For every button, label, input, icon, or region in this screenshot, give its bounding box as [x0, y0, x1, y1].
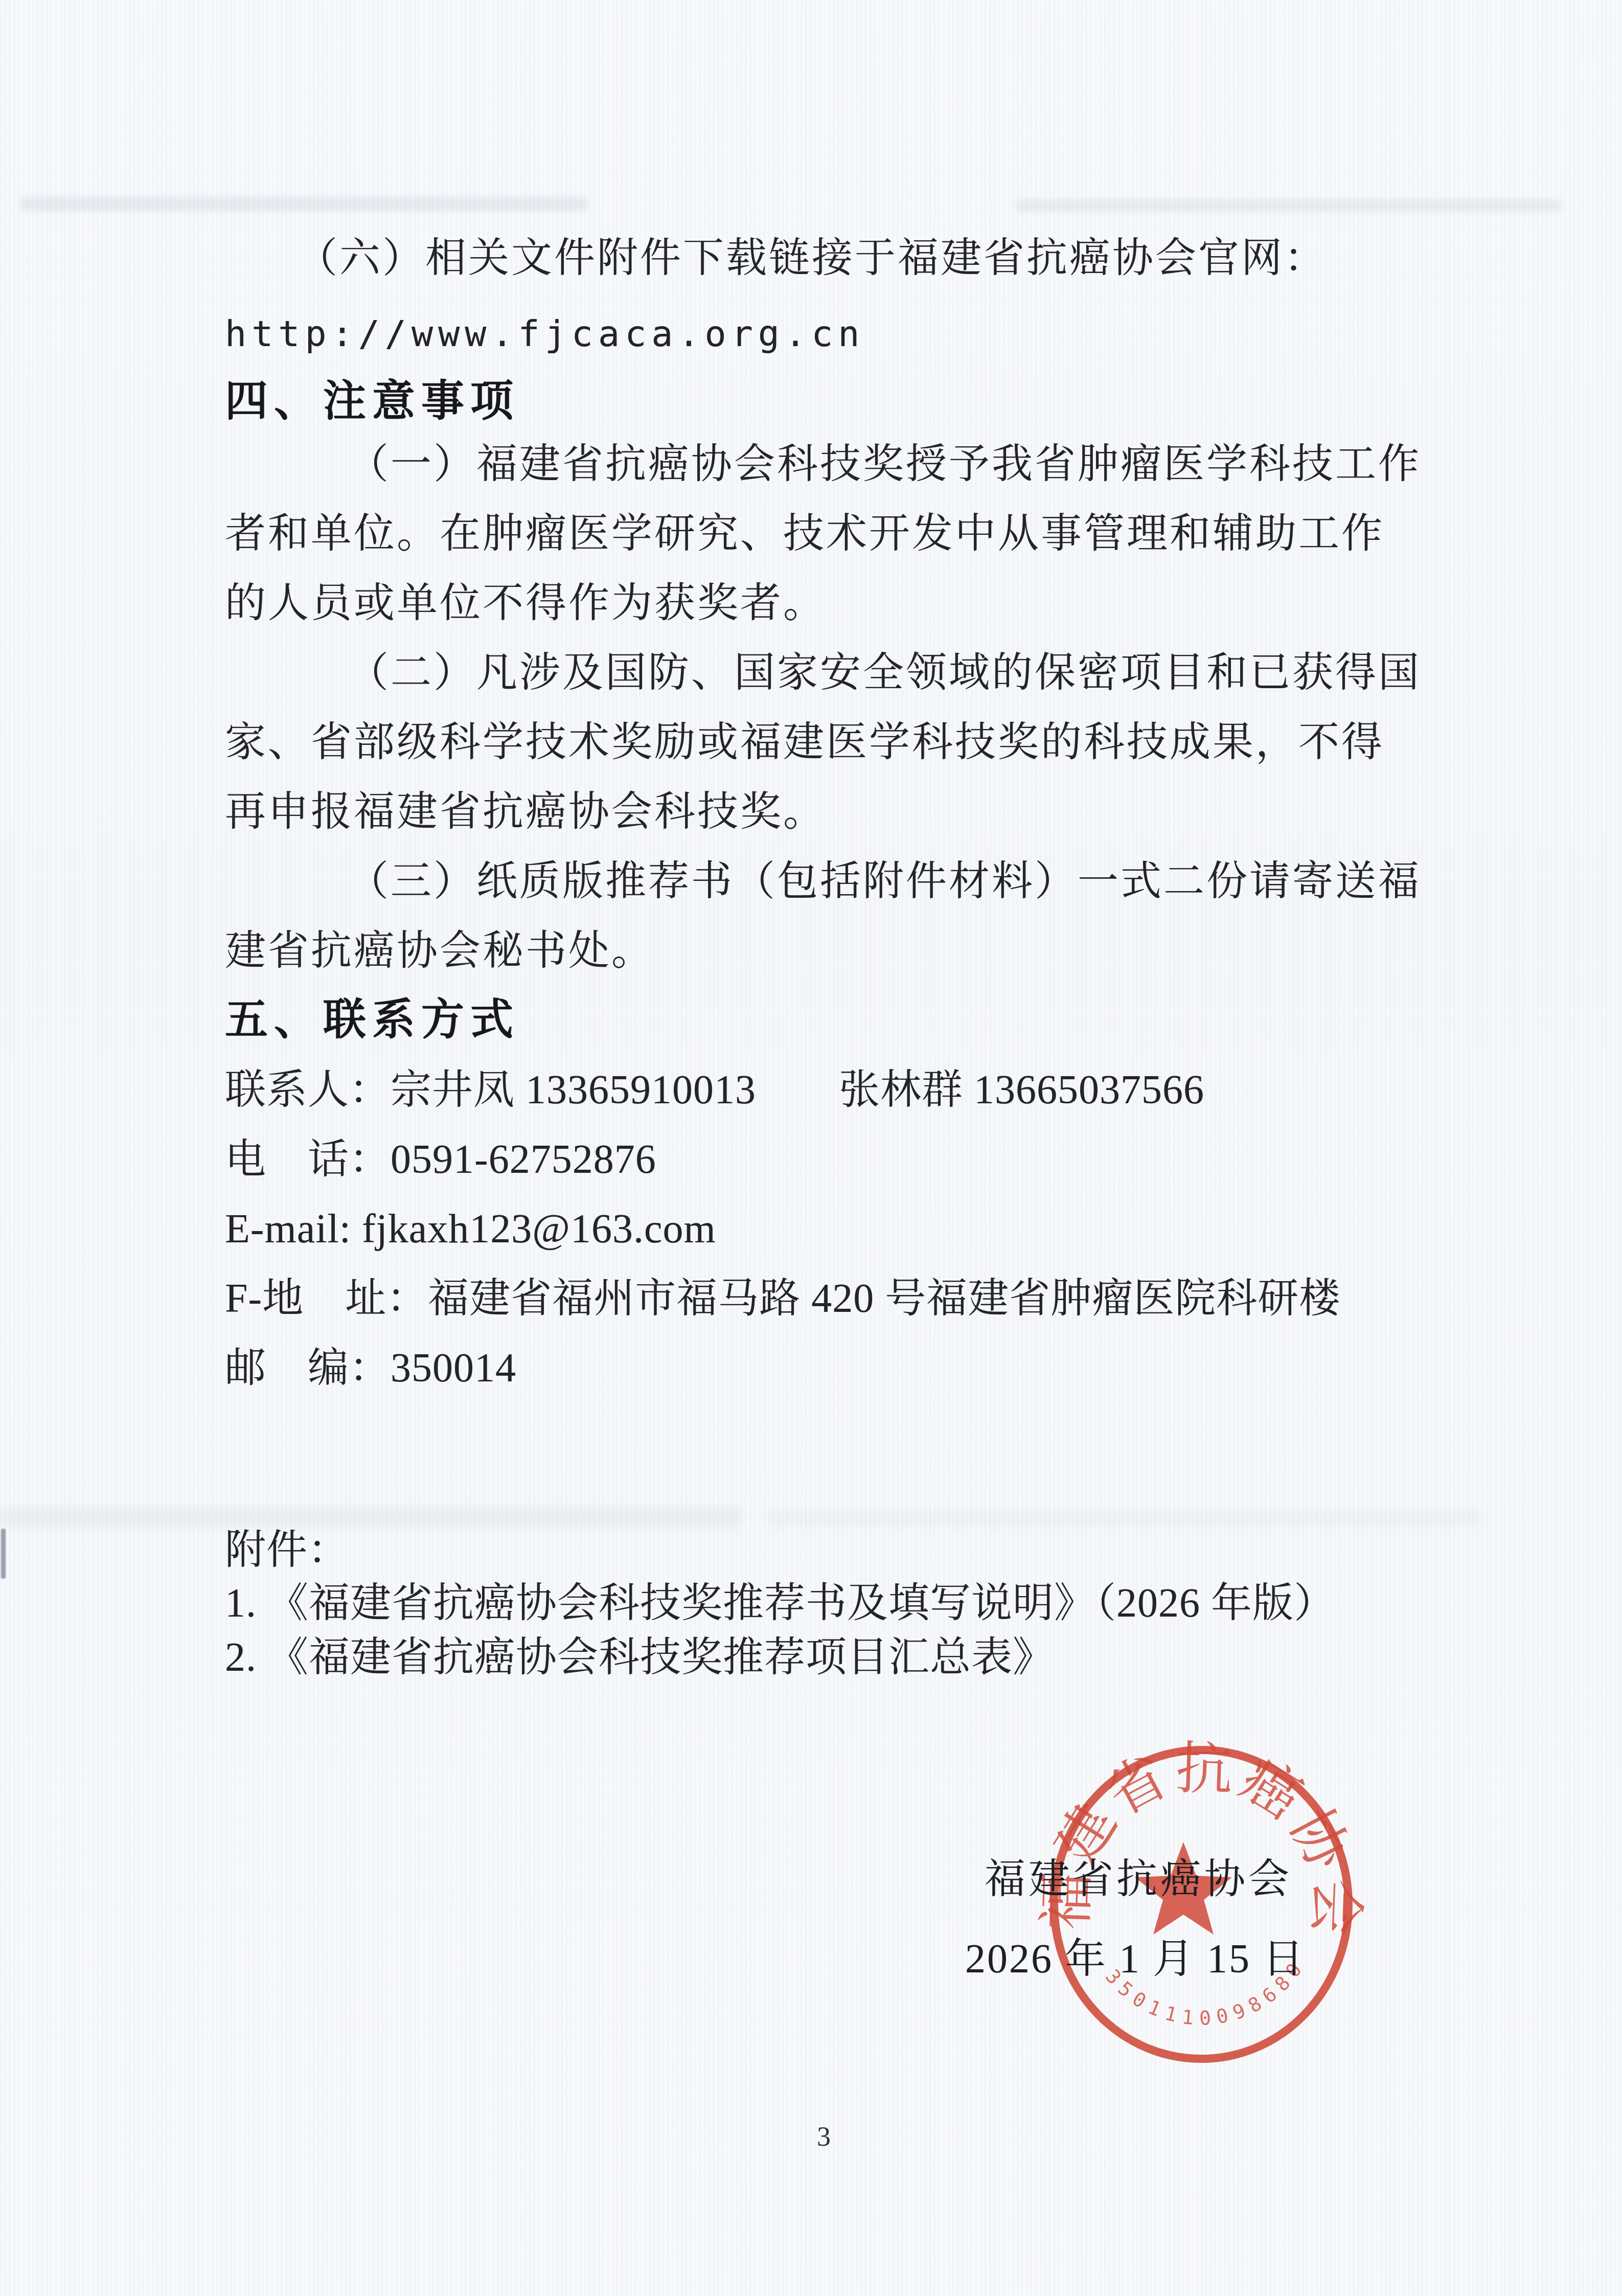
scan-edge-mark	[1, 1529, 6, 1579]
contact-phone-line: 电 话：0591-62752876	[225, 1139, 656, 1180]
body-line: 家、省部级科学技术奖励或福建医学科技奖的科技成果，不得	[225, 722, 1384, 763]
contact-person-line: 联系人：宗井凤 13365910013 张林群 13665037566	[225, 1070, 1204, 1110]
scan-artifact	[20, 197, 588, 211]
body-line: 再申报福建省抗癌协会科技奖。	[225, 791, 826, 832]
official-seal: 福建省抗癌协会 3501110098680	[1033, 1731, 1370, 2078]
attachments-label: 附件：	[225, 1530, 349, 1571]
attachment-item-1: 1. 《福建省抗癌协会科技奖推荐书及填写说明》（2026 年版）	[225, 1583, 1335, 1624]
section-heading-4: 四、注意事项	[225, 379, 519, 422]
body-line: （一）福建省抗癌协会科技奖授予我省肿瘤医学科技工作	[348, 444, 1421, 485]
body-line: （三）纸质版推荐书（包括附件材料）一式二份请寄送福	[348, 861, 1421, 902]
body-line-link-intro: （六）相关文件附件下载链接于福建省抗癌协会官网：	[296, 238, 1327, 279]
section-heading-5: 五、联系方式	[225, 998, 519, 1041]
scan-artifact	[0, 1507, 741, 1528]
scan-artifact	[767, 1511, 1482, 1527]
body-line: 的人员或单位不得作为获奖者。	[225, 583, 826, 624]
signature-date: 2026 年 1 月 15 日	[965, 1925, 1305, 1984]
scanned-document-page: （六）相关文件附件下载链接于福建省抗癌协会官网： http://www.fjca…	[0, 0, 1622, 2296]
body-line: 建省抗癌协会秘书处。	[225, 930, 654, 971]
scan-artifact	[1015, 199, 1562, 212]
signature-org: 福建省抗癌协会	[985, 1846, 1292, 1904]
contact-zip-line: 邮 编：350014	[225, 1348, 516, 1389]
contact-email-line: E-mail: fjkaxh123@163.com	[225, 1209, 716, 1249]
page-number: 3	[817, 2121, 831, 2152]
contact-address-line: F-地 址：福建省福州市福马路 420 号福建省肿瘤医院科研楼	[225, 1278, 1340, 1319]
body-line-url: http://www.fjcaca.org.cn	[225, 316, 864, 352]
body-line: （二）凡涉及国防、国家安全领域的保密项目和已获得国	[348, 652, 1421, 693]
body-line: 者和单位。在肿瘤医学研究、技术开发中从事管理和辅助工作	[225, 513, 1384, 554]
attachment-item-2: 2. 《福建省抗癌协会科技奖推荐项目汇总表》	[225, 1637, 1054, 1678]
